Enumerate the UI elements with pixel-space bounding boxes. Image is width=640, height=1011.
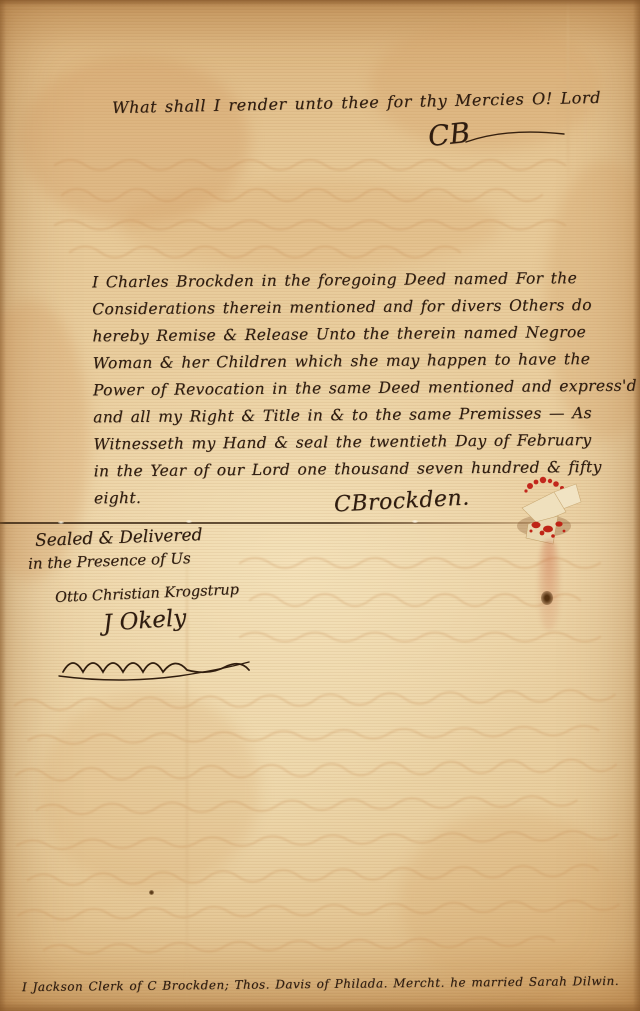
manuscript-page: What shall I render unto thee for thy Me…	[0, 0, 640, 1011]
crease-glint	[58, 521, 64, 524]
bleed-through-writing	[10, 680, 630, 976]
seal-smudge	[538, 540, 560, 630]
page-edge-right	[633, 0, 640, 1011]
page-edge-left	[0, 0, 6, 1011]
bleed-through-writing	[50, 150, 575, 265]
bleed-through-writing	[235, 545, 625, 655]
crease-glint	[186, 520, 192, 523]
pen-flourish-icon	[466, 128, 566, 146]
crease-glint	[412, 520, 418, 523]
ink-stain-spot	[541, 591, 553, 605]
initials-cb: CB	[426, 116, 471, 153]
page-edge-bottom	[0, 1002, 640, 1011]
page-edge-top	[0, 0, 640, 6]
signature-flourish-icon	[55, 638, 255, 680]
paper-speck	[149, 890, 154, 895]
wax-seal	[496, 468, 591, 548]
